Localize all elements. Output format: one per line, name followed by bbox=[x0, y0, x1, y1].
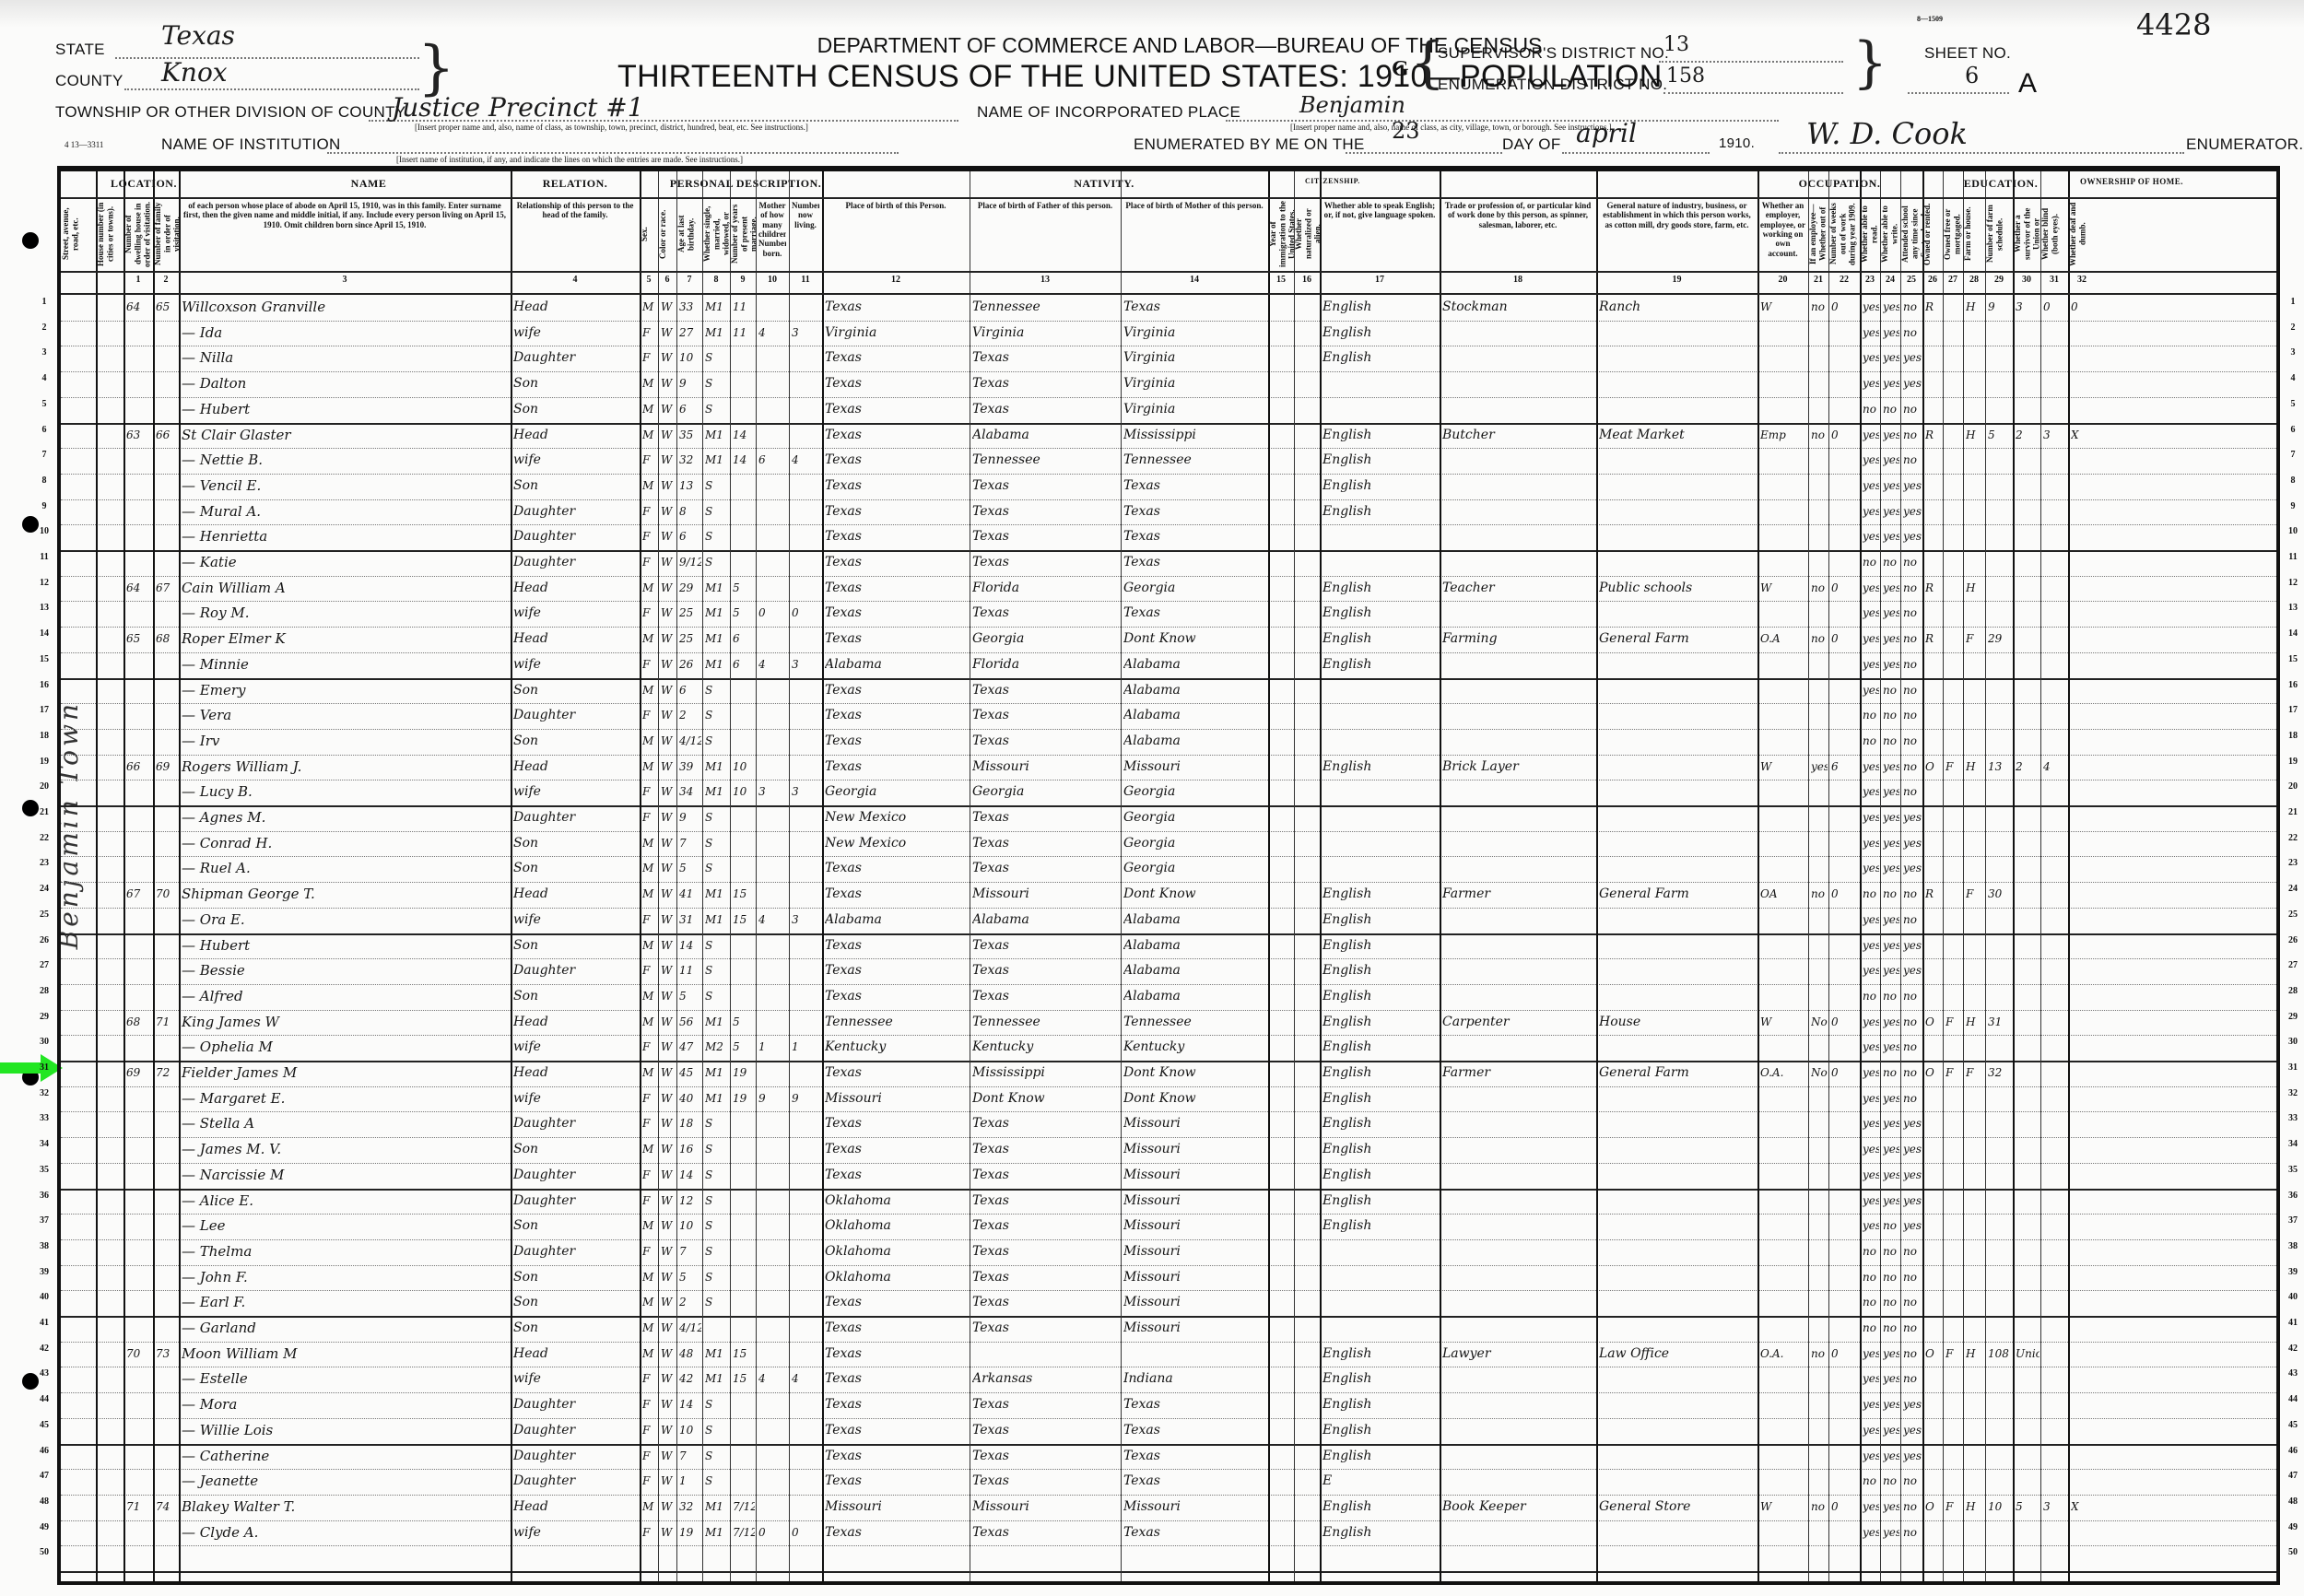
cell-free bbox=[1945, 1545, 1962, 1569]
cell-race: W bbox=[661, 1061, 676, 1085]
cell-father-birth: Texas bbox=[972, 805, 1120, 829]
cell-own bbox=[1925, 805, 1942, 829]
column-divider bbox=[123, 171, 125, 1581]
cell-school: no bbox=[1903, 729, 1922, 753]
cell-c31 bbox=[2043, 524, 2067, 548]
cell-age: 9/12 bbox=[679, 550, 701, 574]
column-divider bbox=[730, 171, 731, 1581]
cell-weeks: 0 bbox=[1831, 627, 1859, 651]
cell-free bbox=[1945, 1392, 1962, 1416]
cell-schedule bbox=[1988, 1265, 2012, 1289]
cell-free bbox=[1945, 1444, 1962, 1468]
cell-own bbox=[1925, 550, 1942, 574]
line-number: 45 bbox=[35, 1420, 53, 1430]
cell-birth: Texas bbox=[825, 397, 969, 421]
cell-family: 72 bbox=[156, 1061, 178, 1085]
cell-marital: M2 bbox=[705, 1035, 729, 1059]
cell-sex: M bbox=[642, 1061, 657, 1085]
cell-industry bbox=[1599, 1035, 1757, 1059]
cell-own bbox=[1925, 1265, 1942, 1289]
cell-years-married: 10 bbox=[733, 780, 755, 804]
cell-schedule bbox=[1988, 346, 2012, 370]
cell-schedule bbox=[1988, 321, 2012, 345]
column-divider bbox=[1808, 171, 1809, 1581]
cell-trade bbox=[1442, 397, 1595, 421]
cell-read: yes bbox=[1863, 831, 1879, 855]
cell-free bbox=[1945, 448, 1962, 472]
cell-race: W bbox=[661, 856, 676, 880]
cell-own bbox=[1925, 499, 1942, 523]
cell-free bbox=[1945, 958, 1962, 982]
cell-age: 48 bbox=[679, 1342, 701, 1366]
line-number: 15 bbox=[35, 654, 53, 664]
line-number: 18 bbox=[2284, 731, 2302, 741]
cell-school: no bbox=[1903, 1469, 1922, 1493]
cell-family bbox=[156, 1137, 178, 1161]
county-line bbox=[124, 88, 419, 90]
cell-birth: Texas bbox=[825, 295, 969, 319]
cell-farm bbox=[1966, 397, 1984, 421]
cell-own bbox=[1925, 1469, 1942, 1493]
line-number: 13 bbox=[35, 603, 53, 613]
line-number: 27 bbox=[35, 960, 53, 970]
column-header: Street, avenue, road, etc. bbox=[61, 201, 96, 267]
cell-english bbox=[1322, 729, 1439, 753]
cell-relation: Son bbox=[513, 1214, 639, 1238]
cell-born bbox=[758, 1469, 788, 1493]
cell-school: yes bbox=[1903, 1214, 1922, 1238]
column-header: Place of birth of Mother of this person. bbox=[1123, 201, 1265, 267]
cell-c32 bbox=[2071, 627, 2095, 651]
cell-c32 bbox=[2071, 1342, 2095, 1366]
column-divider bbox=[179, 171, 181, 1581]
cell-sex: F bbox=[642, 703, 657, 727]
cell-dwelling: 70 bbox=[126, 1342, 152, 1366]
cell-c32 bbox=[2071, 1010, 2095, 1034]
cell-birth: Tennessee bbox=[825, 1010, 969, 1034]
cell-years-married: 5 bbox=[733, 576, 755, 600]
cell-age: 4/12 bbox=[679, 729, 701, 753]
cell-write: yes bbox=[1883, 652, 1899, 676]
cell-family bbox=[156, 1111, 178, 1135]
cell-marital: M1 bbox=[705, 321, 729, 345]
cell-write: no bbox=[1883, 1061, 1899, 1085]
cell-emp bbox=[1760, 1214, 1807, 1238]
line-number: 24 bbox=[35, 884, 53, 894]
cell-living: 4 bbox=[792, 1367, 821, 1391]
line-number: 47 bbox=[2284, 1471, 2302, 1481]
line-number: 43 bbox=[2284, 1368, 2302, 1379]
line-number: 21 bbox=[2284, 807, 2302, 817]
cell-family bbox=[156, 499, 178, 523]
cell-years-married: 15 bbox=[733, 908, 755, 932]
cell-mother-birth: Texas bbox=[1123, 474, 1267, 498]
cell-mother-birth: Georgia bbox=[1123, 780, 1267, 804]
cell-family bbox=[156, 933, 178, 957]
cell-family bbox=[156, 856, 178, 880]
cell-read: yes bbox=[1863, 1392, 1879, 1416]
cell-write: yes bbox=[1883, 524, 1899, 548]
cell-dwelling bbox=[126, 856, 152, 880]
cell-trade: Book Keeper bbox=[1442, 1495, 1595, 1519]
cell-birth: Texas bbox=[825, 1163, 969, 1187]
cell-sex: F bbox=[642, 1418, 657, 1442]
cell-c31: 3 bbox=[2043, 423, 2067, 447]
column-divider bbox=[970, 171, 970, 1581]
cell-age: 9 bbox=[679, 805, 701, 829]
cell-free bbox=[1945, 1035, 1962, 1059]
cell-free bbox=[1945, 1214, 1962, 1238]
cell-father-birth: Texas bbox=[972, 499, 1120, 523]
cell-sex: M bbox=[642, 627, 657, 651]
cell-emp bbox=[1760, 346, 1807, 370]
cell-read: yes bbox=[1863, 576, 1879, 600]
cell-birth: Oklahoma bbox=[825, 1239, 969, 1263]
cell-out-of-work bbox=[1811, 703, 1828, 727]
line-number: 29 bbox=[2284, 1012, 2302, 1022]
cell-emp bbox=[1760, 474, 1807, 498]
line-number: 12 bbox=[2284, 578, 2302, 588]
cell-out-of-work bbox=[1811, 1444, 1828, 1468]
cell-birth: Texas bbox=[825, 1290, 969, 1314]
cell-read: no bbox=[1863, 1239, 1879, 1263]
cell-c30 bbox=[2016, 474, 2040, 498]
cell-farm bbox=[1966, 1367, 1984, 1391]
cell-farm bbox=[1966, 474, 1984, 498]
cell-out-of-work bbox=[1811, 780, 1828, 804]
punch-hole bbox=[22, 232, 39, 249]
cell-trade: Farmer bbox=[1442, 882, 1595, 906]
cell-family bbox=[156, 1086, 178, 1110]
cell-c31 bbox=[2043, 1367, 2067, 1391]
cell-father-birth: Texas bbox=[972, 1265, 1120, 1289]
cell-farm: F bbox=[1966, 1061, 1984, 1085]
ed-label: Enumeration District No. bbox=[1438, 76, 1667, 94]
cell-race: W bbox=[661, 1010, 676, 1034]
cell-out-of-work bbox=[1811, 321, 1828, 345]
cell-born: 0 bbox=[758, 1520, 788, 1544]
cell-trade bbox=[1442, 1111, 1595, 1135]
cell-school: yes bbox=[1903, 1392, 1922, 1416]
cell-birth: Texas bbox=[825, 550, 969, 574]
cell-write: no bbox=[1883, 1316, 1899, 1340]
cell-read: yes bbox=[1863, 1010, 1879, 1034]
cell-own bbox=[1925, 1290, 1942, 1314]
line-number: 33 bbox=[2284, 1113, 2302, 1123]
cell-birth: Texas bbox=[825, 1342, 969, 1366]
cell-name: — Hubert bbox=[182, 933, 510, 957]
cell-living bbox=[792, 1495, 821, 1519]
cell-emp: O.A. bbox=[1760, 1342, 1807, 1366]
cell-trade bbox=[1442, 831, 1595, 855]
cell-birth: Texas bbox=[825, 627, 969, 651]
cell-name: — Mural A. bbox=[182, 499, 510, 523]
cell-weeks: 0 bbox=[1831, 423, 1859, 447]
cell-free bbox=[1945, 499, 1962, 523]
cell-marital: M1 bbox=[705, 1520, 729, 1544]
cell-own bbox=[1925, 1239, 1942, 1263]
cell-emp bbox=[1760, 1086, 1807, 1110]
cell-own bbox=[1925, 1214, 1942, 1238]
cell-own bbox=[1925, 1163, 1942, 1187]
cell-c32 bbox=[2071, 1265, 2095, 1289]
cell-c30 bbox=[2016, 1010, 2040, 1034]
cell-farm bbox=[1966, 958, 1984, 982]
cell-born bbox=[758, 1392, 788, 1416]
cell-out-of-work bbox=[1811, 1163, 1828, 1187]
column-header: Whether able to speak English; or, if no… bbox=[1322, 201, 1437, 267]
cell-c31 bbox=[2043, 1290, 2067, 1314]
cell-school: yes bbox=[1903, 831, 1922, 855]
cell-dwelling bbox=[126, 1189, 152, 1213]
cell-c31 bbox=[2043, 1137, 2067, 1161]
cell-dwelling: 64 bbox=[126, 295, 152, 319]
cell-weeks: 0 bbox=[1831, 1061, 1859, 1085]
cell-farm bbox=[1966, 1035, 1984, 1059]
cell-industry bbox=[1599, 1163, 1757, 1187]
cell-schedule: 30 bbox=[1988, 882, 2012, 906]
cell-father-birth: Texas bbox=[972, 346, 1120, 370]
column-number: 29 bbox=[1985, 275, 2013, 285]
cell-years-married: 7/12 bbox=[733, 1520, 755, 1544]
cell-schedule: 5 bbox=[1988, 423, 2012, 447]
cell-dwelling bbox=[126, 601, 152, 625]
cell-write: yes bbox=[1883, 805, 1899, 829]
cell-c30 bbox=[2016, 1111, 2040, 1135]
cell-industry: Meat Market bbox=[1599, 423, 1757, 447]
cell-name: — Earl F. bbox=[182, 1290, 510, 1314]
cell-age: 6 bbox=[679, 678, 701, 702]
line-number: 7 bbox=[2284, 450, 2302, 460]
cell-schedule bbox=[1988, 1290, 2012, 1314]
cell-c30: Union Farm bbox=[2016, 1342, 2040, 1366]
cell-living bbox=[792, 1392, 821, 1416]
cell-emp bbox=[1760, 856, 1807, 880]
side-code: 4 13—3311 bbox=[65, 140, 103, 149]
cell-years-married bbox=[733, 1189, 755, 1213]
cell-industry: General Store bbox=[1599, 1495, 1757, 1519]
cell-born bbox=[758, 678, 788, 702]
cell-race bbox=[661, 1545, 676, 1569]
line-number: 32 bbox=[35, 1088, 53, 1098]
cell-c31 bbox=[2043, 1035, 2067, 1059]
cell-c30 bbox=[2016, 652, 2040, 676]
cell-name: Cain William A bbox=[182, 576, 510, 600]
cell-dwelling bbox=[126, 321, 152, 345]
cell-relation: Daughter bbox=[513, 1189, 639, 1213]
cell-c30: 5 bbox=[2016, 1495, 2040, 1519]
cell-dwelling bbox=[126, 703, 152, 727]
cell-marital: S bbox=[705, 1239, 729, 1263]
cell-c30 bbox=[2016, 371, 2040, 395]
cell-c30 bbox=[2016, 678, 2040, 702]
cell-father-birth: Georgia bbox=[972, 780, 1120, 804]
cell-marital: M1 bbox=[705, 908, 729, 932]
cell-relation: wife bbox=[513, 1086, 639, 1110]
cell-own: R bbox=[1925, 423, 1942, 447]
cell-mother-birth: Georgia bbox=[1123, 831, 1267, 855]
cell-english: English bbox=[1322, 1111, 1439, 1135]
cell-dwelling bbox=[126, 1163, 152, 1187]
column-number: 3 bbox=[179, 275, 511, 285]
cell-marital: M1 bbox=[705, 1342, 729, 1366]
column-header: Whether deaf and dumb. bbox=[2068, 201, 2096, 267]
cell-c32 bbox=[2071, 703, 2095, 727]
cell-weeks bbox=[1831, 1239, 1859, 1263]
cell-marital: M1 bbox=[705, 627, 729, 651]
cell-dwelling bbox=[126, 1290, 152, 1314]
cell-living bbox=[792, 1111, 821, 1135]
cell-out-of-work: yes bbox=[1811, 755, 1828, 779]
cell-c31 bbox=[2043, 805, 2067, 829]
column-divider bbox=[822, 171, 824, 1581]
cell-english: English bbox=[1322, 882, 1439, 906]
cell-c31 bbox=[2043, 627, 2067, 651]
line-number: 25 bbox=[35, 909, 53, 920]
cell-industry bbox=[1599, 1418, 1757, 1442]
cell-family bbox=[156, 1290, 178, 1314]
cell-industry bbox=[1599, 1111, 1757, 1135]
cell-trade: Butcher bbox=[1442, 423, 1595, 447]
cell-english: English bbox=[1322, 1495, 1439, 1519]
cell-out-of-work bbox=[1811, 1265, 1828, 1289]
cell-school: no bbox=[1903, 1086, 1922, 1110]
cell-father-birth: Mississippi bbox=[972, 1061, 1120, 1085]
cell-free: F bbox=[1945, 1061, 1962, 1085]
cell-read: no bbox=[1863, 397, 1879, 421]
cell-years-married bbox=[733, 1469, 755, 1493]
cell-living: 9 bbox=[792, 1086, 821, 1110]
group-education: EDUCATION. bbox=[1945, 177, 2056, 191]
cell-schedule bbox=[1988, 1137, 2012, 1161]
cell-born bbox=[758, 550, 788, 574]
cell-dwelling: 68 bbox=[126, 1010, 152, 1034]
day-line bbox=[1346, 152, 1502, 154]
cell-schedule bbox=[1988, 1035, 2012, 1059]
cell-free bbox=[1945, 652, 1962, 676]
cell-marital: S bbox=[705, 371, 729, 395]
cell-farm bbox=[1966, 1316, 1984, 1340]
cell-write: yes bbox=[1883, 448, 1899, 472]
cell-race: W bbox=[661, 321, 676, 345]
cell-c32 bbox=[2071, 933, 2095, 957]
column-number: 4 bbox=[511, 275, 640, 285]
column-divider bbox=[658, 171, 659, 1581]
cell-years-married: 19 bbox=[733, 1061, 755, 1085]
incorporated-label: Name of incorporated place bbox=[977, 103, 1240, 122]
header-rule bbox=[61, 197, 2276, 199]
cell-father-birth: Texas bbox=[972, 1111, 1120, 1135]
cell-c30 bbox=[2016, 1239, 2040, 1263]
cell-birth: Texas bbox=[825, 524, 969, 548]
cell-english: English bbox=[1322, 346, 1439, 370]
cell-farm: H bbox=[1966, 1342, 1984, 1366]
cell-age: 12 bbox=[679, 1189, 701, 1213]
cell-english: English bbox=[1322, 1010, 1439, 1034]
cell-schedule: 32 bbox=[1988, 1061, 2012, 1085]
cell-race: W bbox=[661, 831, 676, 855]
column-header: Whether single, married, widowed, or div… bbox=[702, 201, 730, 267]
line-number: 6 bbox=[35, 425, 53, 435]
cell-c32 bbox=[2071, 371, 2095, 395]
cell-name: — Catherine bbox=[182, 1444, 510, 1468]
cell-school: no bbox=[1903, 1239, 1922, 1263]
cell-free: F bbox=[1945, 1495, 1962, 1519]
cell-farm bbox=[1966, 652, 1984, 676]
cell-read: yes bbox=[1863, 1061, 1879, 1085]
cell-age: 2 bbox=[679, 703, 701, 727]
cell-c32: 0 bbox=[2071, 295, 2095, 319]
cell-mother-birth: Missouri bbox=[1123, 1316, 1267, 1340]
cell-relation: Son bbox=[513, 1290, 639, 1314]
cell-age: 29 bbox=[679, 576, 701, 600]
cell-living bbox=[792, 703, 821, 727]
cell-family bbox=[156, 958, 178, 982]
cell-father-birth: Texas bbox=[972, 1239, 1120, 1263]
cell-age: 32 bbox=[679, 1495, 701, 1519]
cell-sex: F bbox=[642, 321, 657, 345]
cell-free bbox=[1945, 984, 1962, 1008]
cell-c31 bbox=[2043, 678, 2067, 702]
cell-own bbox=[1925, 652, 1942, 676]
cell-farm: H bbox=[1966, 1010, 1984, 1034]
cell-sex: M bbox=[642, 371, 657, 395]
cell-c30 bbox=[2016, 1392, 2040, 1416]
institution-instruction: [Insert name of institution, if any, and… bbox=[396, 155, 743, 164]
cell-weeks bbox=[1831, 474, 1859, 498]
column-number: 11 bbox=[789, 275, 822, 285]
cell-years-married bbox=[733, 524, 755, 548]
cell-write: yes bbox=[1883, 499, 1899, 523]
cell-english: E bbox=[1322, 1469, 1439, 1493]
line-number: 25 bbox=[2284, 909, 2302, 920]
cell-mother-birth: Texas bbox=[1123, 524, 1267, 548]
cell-own: R bbox=[1925, 295, 1942, 319]
cell-age: 8 bbox=[679, 499, 701, 523]
cell-own bbox=[1925, 1035, 1942, 1059]
cell-out-of-work: no bbox=[1811, 1342, 1828, 1366]
cell-years-married bbox=[733, 958, 755, 982]
cell-out-of-work bbox=[1811, 1189, 1828, 1213]
line-number: 12 bbox=[35, 578, 53, 588]
cell-read: no bbox=[1863, 882, 1879, 906]
cell-english: English bbox=[1322, 474, 1439, 498]
line-number: 1 bbox=[2284, 297, 2302, 307]
cell-marital: M1 bbox=[705, 576, 729, 600]
line-number: 23 bbox=[35, 858, 53, 868]
cell-born: 1 bbox=[758, 1035, 788, 1059]
cell-dwelling bbox=[126, 1137, 152, 1161]
cell-c30 bbox=[2016, 1418, 2040, 1442]
cell-years-married: 14 bbox=[733, 448, 755, 472]
cell-father-birth: Missouri bbox=[972, 1495, 1120, 1519]
cell-name: — Katie bbox=[182, 550, 510, 574]
cell-write: yes bbox=[1883, 627, 1899, 651]
cell-years-married bbox=[733, 499, 755, 523]
cell-relation: Head bbox=[513, 1010, 639, 1034]
cell-school: no bbox=[1903, 1035, 1922, 1059]
cell-sex: M bbox=[642, 1316, 657, 1340]
cell-sex: F bbox=[642, 1367, 657, 1391]
cell-farm bbox=[1966, 371, 1984, 395]
cell-birth: Texas bbox=[825, 1367, 969, 1391]
cell-dwelling bbox=[126, 1111, 152, 1135]
cell-free bbox=[1945, 1189, 1962, 1213]
cell-own bbox=[1925, 321, 1942, 345]
cell-years-married bbox=[733, 550, 755, 574]
cell-industry bbox=[1599, 1392, 1757, 1416]
cell-birth: Texas bbox=[825, 499, 969, 523]
